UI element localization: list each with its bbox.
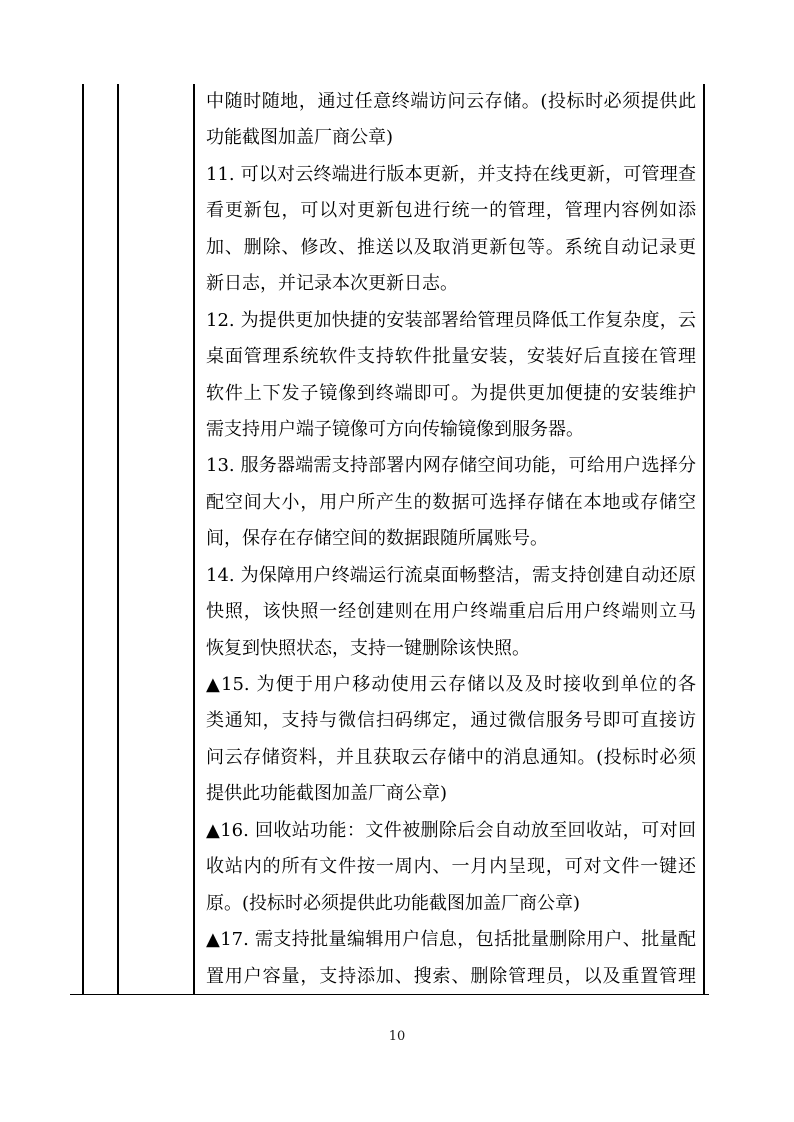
requirement-text-line: ▲16. 回收站功能：文件被删除后会自动放至回收站，可对回 [206, 813, 696, 849]
requirement-text-line: ▲17. 需支持批量编辑用户信息，包括批量删除用户、批量配 [206, 922, 696, 958]
requirement-text-line: 恢复到快照状态，支持一键删除该快照。 [206, 631, 696, 667]
requirement-text-line: 中随时随地，通过任意终端访问云存储。(投标时必须提供此 [206, 84, 696, 120]
document-page: 中随时随地，通过任意终端访问云存储。(投标时必须提供此 功能截图加盖厂商公章) … [0, 0, 794, 1122]
requirement-text-line: 收站内的所有文件按一周内、一月内呈现，可对文件一键还 [206, 849, 696, 885]
requirement-text-line: 配空间大小，用户所产生的数据可选择存储在本地或存储空 [206, 485, 696, 521]
requirement-text-line: 需支持用户端子镜像可方向传输镜像到服务器。 [206, 412, 696, 448]
requirement-text-line: 快照，该快照一经创建则在用户终端重启后用户终端则立马 [206, 594, 696, 630]
requirement-text-line: 提供此功能截图加盖厂商公章) [206, 776, 696, 812]
requirement-text-line: 置用户容量，支持添加、搜索、删除管理员，以及重置管理 [206, 959, 696, 995]
page-number: 10 [0, 1029, 794, 1045]
requirement-text-line: 加、删除、修改、推送以及取消更新包等。系统自动记录更 [206, 230, 696, 266]
requirement-text-line: 新日志，并记录本次更新日志。 [206, 266, 696, 302]
requirement-text-line: 14. 为保障用户终端运行流桌面畅整洁，需支持创建自动还原 [206, 558, 696, 594]
requirement-text-line: 问云存储资料，并且获取云存储中的消息通知。(投标时必须 [206, 740, 696, 776]
requirement-text-line: 原。(投标时必须提供此功能截图加盖厂商公章) [206, 886, 696, 922]
requirement-text-line: 类通知，支持与微信扫码绑定，通过微信服务号即可直接访 [206, 703, 696, 739]
table-cell-requirements: 中随时随地，通过任意终端访问云存储。(投标时必须提供此 功能截图加盖厂商公章) … [206, 84, 696, 995]
table-cell-col2-empty [119, 84, 193, 993]
requirement-text-line: 12. 为提供更加快捷的安装部署给管理员降低工作复杂度，云 [206, 303, 696, 339]
table-border-right [703, 84, 705, 995]
requirement-text-line: 桌面管理系统软件支持软件批量安装，安装好后直接在管理 [206, 339, 696, 375]
requirement-text-line: 间，保存在存储空间的数据跟随所属账号。 [206, 521, 696, 557]
table-column-divider-2 [193, 84, 195, 995]
requirement-text-line: 软件上下发子镜像到终端即可。为提供更加便捷的安装维护 [206, 376, 696, 412]
requirement-text-line: ▲15. 为便于用户移动使用云存储以及及时接收到单位的各 [206, 667, 696, 703]
requirement-text-line: 13. 服务器端需支持部署内网存储空间功能，可给用户选择分 [206, 448, 696, 484]
table-cell-col1-empty [84, 84, 117, 993]
requirement-text-line: 11. 可以对云终端进行版本更新，并支持在线更新，可管理查 [206, 157, 696, 193]
requirement-text-line: 功能截图加盖厂商公章) [206, 120, 696, 156]
requirement-text-line: 看更新包，可以对更新包进行统一的管理，管理内容例如添 [206, 193, 696, 229]
